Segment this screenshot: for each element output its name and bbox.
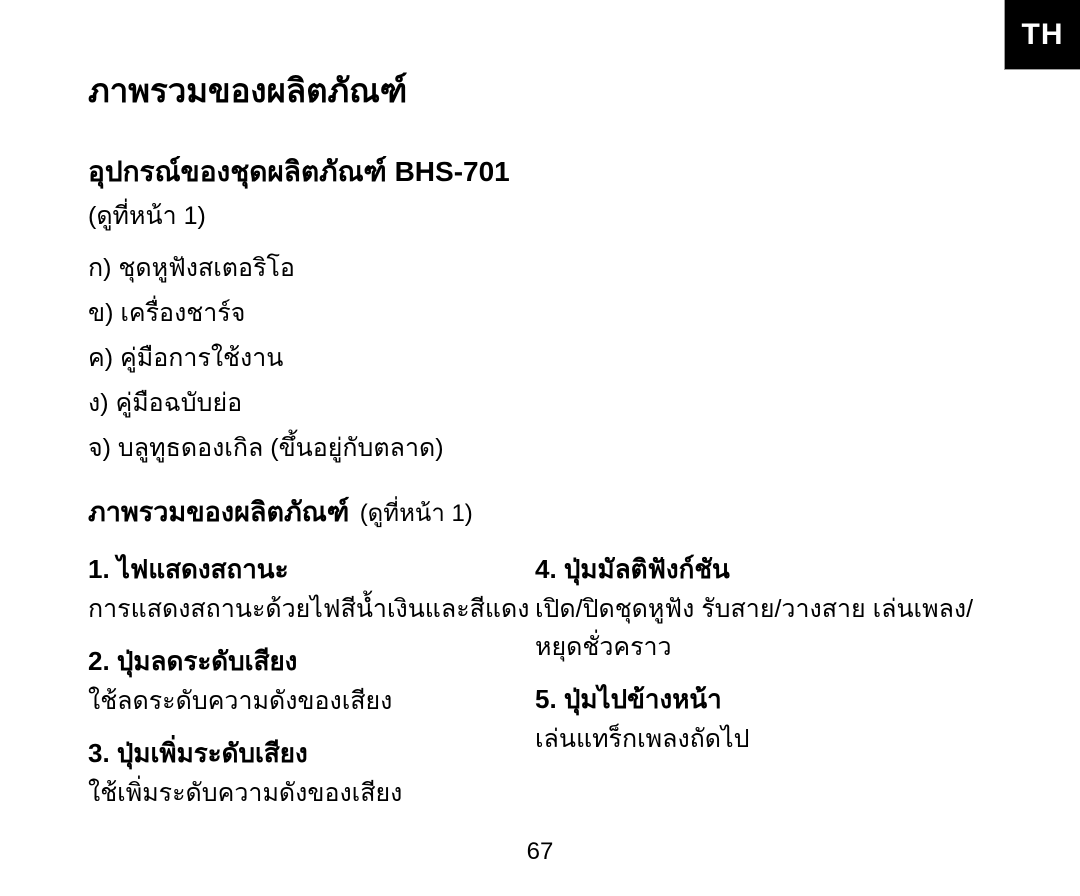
feature-forward-button: 5. ปุ่มไปข้างหน้า เล่นแทร็กเพลงถัดไป — [535, 678, 1048, 758]
kit-item-bluetooth-dongle: จ) บลูทูธดองเกิล (ขึ้นอยู่กับตลาด) — [88, 426, 444, 471]
feature-description: การแสดงสถานะด้วยไฟสีน้ำเงินและสีแดง — [88, 590, 535, 628]
page-number: 67 — [0, 838, 1080, 866]
overview-section-heading: ภาพรวมของผลิตภัณฑ์ (ดูที่หน้า 1) — [88, 492, 473, 537]
feature-title: 3. ปุ่มเพิ่มระดับเสียง — [88, 732, 535, 774]
overview-right-column: 4. ปุ่มมัลติฟังก์ชัน เปิด/ปิดชุดหูฟัง รั… — [535, 548, 1048, 770]
kit-item-list: ก) ชุดหูฟังสเตอริโอ ข) เครื่องชาร์จ ค) ค… — [88, 246, 444, 471]
feature-description: เล่นแทร็กเพลงถัดไป — [535, 720, 1048, 758]
language-badge: TH — [1004, 0, 1080, 70]
feature-volume-down-button: 2. ปุ่มลดระดับเสียง ใช้ลดระดับความดังของ… — [88, 640, 535, 720]
feature-title: 4. ปุ่มมัลติฟังก์ชัน — [535, 548, 1048, 590]
manual-page: TH ภาพรวมของผลิตภัณฑ์ อุปกรณ์ของชุดผลิตภ… — [0, 0, 1080, 896]
feature-title: 5. ปุ่มไปข้างหน้า — [535, 678, 1048, 720]
feature-volume-up-button: 3. ปุ่มเพิ่มระดับเสียง ใช้เพิ่มระดับความ… — [88, 732, 535, 812]
kit-section-heading: อุปกรณ์ของชุดผลิตภัณฑ์ BHS-701 — [88, 152, 510, 192]
kit-item-quick-guide: ง) คู่มือฉบับย่อ — [88, 381, 444, 426]
overview-heading-title: ภาพรวมของผลิตภัณฑ์ — [88, 497, 349, 527]
page-title: ภาพรวมของผลิตภัณฑ์ — [88, 68, 407, 114]
overview-left-column: 1. ไฟแสดงสถานะ การแสดงสถานะด้วยไฟสีน้ำเง… — [88, 548, 535, 824]
overview-heading-page-ref: (ดูที่หน้า 1) — [360, 500, 473, 527]
feature-description: ใช้ลดระดับความดังของเสียง — [88, 682, 535, 720]
overview-columns: 1. ไฟแสดงสถานะ การแสดงสถานะด้วยไฟสีน้ำเง… — [88, 548, 1048, 824]
kit-item-headset: ก) ชุดหูฟังสเตอริโอ — [88, 246, 444, 291]
feature-description: ใช้เพิ่มระดับความดังของเสียง — [88, 774, 535, 812]
feature-status-light: 1. ไฟแสดงสถานะ การแสดงสถานะด้วยไฟสีน้ำเง… — [88, 548, 535, 628]
kit-item-charger: ข) เครื่องชาร์จ — [88, 291, 444, 336]
kit-section-page-ref: (ดูที่หน้า 1) — [88, 198, 206, 234]
feature-description: เปิด/ปิดชุดหูฟัง รับสาย/วางสาย เล่นเพลง/… — [535, 590, 1048, 666]
kit-item-user-manual: ค) คู่มือการใช้งาน — [88, 336, 444, 381]
feature-title: 2. ปุ่มลดระดับเสียง — [88, 640, 535, 682]
feature-title: 1. ไฟแสดงสถานะ — [88, 548, 535, 590]
feature-multifunction-button: 4. ปุ่มมัลติฟังก์ชัน เปิด/ปิดชุดหูฟัง รั… — [535, 548, 1048, 666]
